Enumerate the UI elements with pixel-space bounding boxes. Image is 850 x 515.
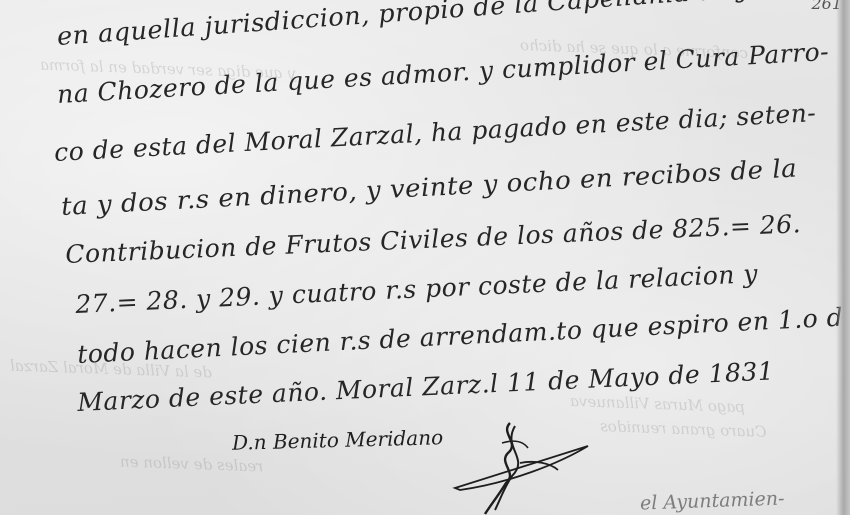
manuscript-page: y que diga ser verdad en la forma confor… [0,0,850,515]
page-edge-shadow [836,0,850,515]
text-line-5: Contribucion de Frutos Civiles de los añ… [65,209,802,269]
signature-rubric [440,418,610,515]
text-line-6: 27.= 28. y 29. y cuatro r.s por coste de… [75,259,759,319]
bleed-through-text: pago Muras Villanueva [570,392,746,416]
bleed-through-text: reales de vellon en [120,453,264,476]
text-line-3: co de esta del Moral Zarzal, ha pagado e… [53,98,816,167]
bleed-through-text: Cuaro grana reunidos [600,417,767,441]
bottom-partial-text: el Ayuntamien- [640,487,785,514]
text-line-4: ta y dos r.s en dinero, y veinte y ocho … [60,153,797,221]
text-line-2: na Chozero de la que es admor. y cumplid… [56,37,829,109]
signature-name: D.n Benito Meridano [232,425,444,455]
